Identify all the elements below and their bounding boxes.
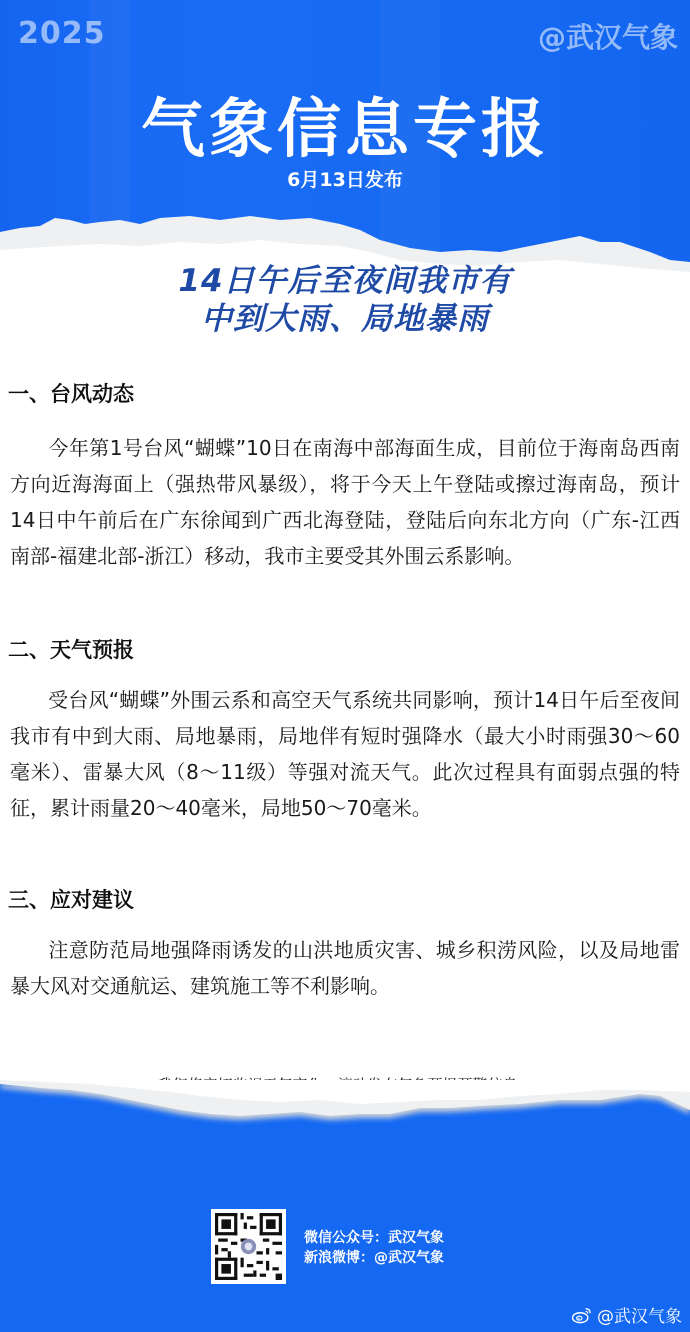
section-title-typhoon: 一、台风动态 [8,378,134,408]
publish-date: 6月13日发布 [0,165,690,192]
section-body-text: 注意防范局地强降雨诱发的山洪地质灾害、城乡积涝风险，以及局地雷暴大风对交通航运、… [10,938,680,998]
qr-code-icon [215,1213,282,1280]
weibo-watermark: @武汉气象 [571,1302,682,1327]
section-title-advice: 三、应对建议 [8,884,134,914]
qr-code[interactable] [211,1209,286,1284]
section-body-text: 今年第1号台风“蝴蝶”10日在南海中部海面生成，目前位于海南岛西南方向近海海面上… [10,436,680,568]
weibo-account: 新浪微博：@武汉气象 [304,1248,444,1268]
headline-line-1: 14日午后至夜间我市有 [0,262,690,300]
account-handle: @武汉气象 [538,16,678,56]
page-title: 气象信息专报 [0,78,690,170]
section-body-typhoon: 今年第1号台风“蝴蝶”10日在南海中部海面生成，目前位于海南岛西南方向近海海面上… [10,430,680,574]
wechat-account: 微信公众号：武汉气象 [304,1228,444,1248]
year-label: 2025 [18,16,106,51]
headline-line-2: 中到大雨、局地暴雨 [0,300,690,338]
contact-info: 微信公众号：武汉气象 新浪微博：@武汉气象 [304,1228,444,1268]
section-body-advice: 注意防范局地强降雨诱发的山洪地质灾害、城乡积涝风险，以及局地雷暴大风对交通航运、… [10,932,680,1004]
headline: 14日午后至夜间我市有 中到大雨、局地暴雨 [0,262,690,338]
section-title-forecast: 二、天气预报 [8,634,134,664]
section-body-forecast: 受台风“蝴蝶”外围云系和高空天气系统共同影响，预计14日午后至夜间我市有中到大雨… [10,682,680,826]
weibo-icon [571,1306,593,1324]
torn-paper-edge-bottom [0,1080,690,1160]
watermark-handle: @武汉气象 [597,1302,682,1327]
section-body-text: 受台风“蝴蝶”外围云系和高空天气系统共同影响，预计14日午后至夜间我市有中到大雨… [10,688,680,820]
